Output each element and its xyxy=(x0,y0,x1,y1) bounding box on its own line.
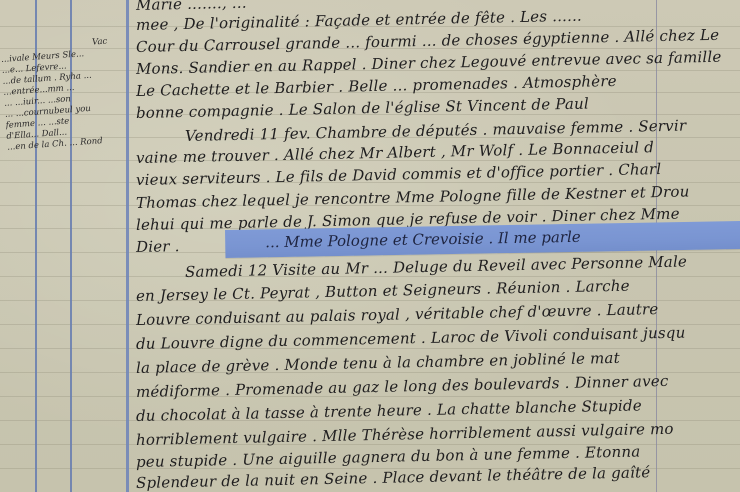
ruled-line xyxy=(0,348,740,349)
text-line: bonne compagnie . Le Salon de l'église S… xyxy=(136,95,589,122)
manuscript-page: Vac ...ivale Meurs Sle... ...e... Lefevr… xyxy=(0,0,740,492)
text-line: Marie ......., ... xyxy=(136,0,247,14)
margin-notes: Vac ...ivale Meurs Sle... ...e... Lefevr… xyxy=(0,35,133,154)
strip-text: ... Mme Pologne et Crevoisie . Il me par… xyxy=(265,228,581,252)
text-line: Dier . xyxy=(136,237,180,256)
